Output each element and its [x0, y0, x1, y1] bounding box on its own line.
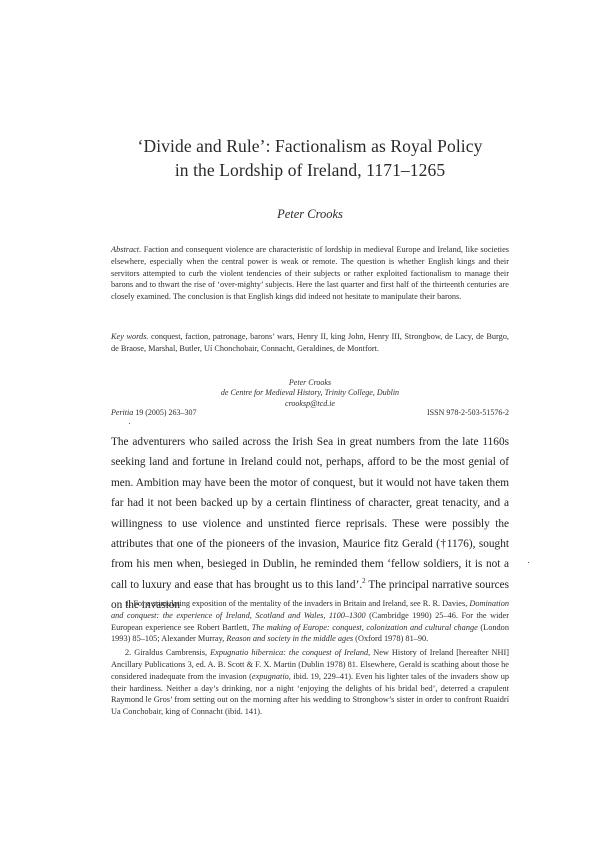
footnotes: 1. For a stimulating exposition of the m…	[111, 598, 509, 720]
abstract-text: Faction and consequent violence are char…	[111, 245, 509, 301]
author-affiliation: Peter Crooks de Centre for Medieval Hist…	[100, 378, 520, 409]
journal-citation: Peritia 19 (2005) 263–307	[111, 408, 197, 417]
journal-volume-pages: 19 (2005) 263–307	[133, 408, 196, 417]
keywords-label: Key words.	[111, 332, 149, 341]
author-name: Peter Crooks	[100, 207, 520, 222]
body-paragraph: The adventurers who sailed across the Ir…	[111, 432, 509, 616]
affiliation-name: Peter Crooks	[100, 378, 520, 388]
footnote-1: 1. For a stimulating exposition of the m…	[111, 598, 509, 645]
document-page: ‘Divide and Rule’: Factionalism as Royal…	[0, 0, 595, 842]
citation-line: Peritia 19 (2005) 263–307 ISSN 978-2-503…	[111, 408, 509, 417]
affiliation-institution: de Centre for Medieval History, Trinity …	[100, 388, 520, 398]
scan-speck	[528, 562, 529, 563]
issn: ISSN 978-2-503-51576-2	[427, 408, 509, 417]
footnote-text: For a stimulating exposition of the ment…	[131, 599, 469, 608]
title-line-2: in the Lordship of Ireland, 1171–1265	[100, 158, 520, 182]
footnote-book-title: Expugnatio hibernica: the conquest of Ir…	[210, 648, 368, 657]
footnote-book-title: Reason and society in the middle ages	[226, 634, 353, 643]
scan-speck	[129, 423, 130, 424]
keywords: Key words. conquest, faction, patronage,…	[111, 331, 509, 355]
keywords-text: conquest, faction, patronage, barons’ wa…	[111, 332, 509, 353]
abstract: Abstract. Faction and consequent violenc…	[111, 244, 509, 303]
footnote-2: 2. Giraldus Cambrensis, Expugnatio hiber…	[111, 647, 509, 718]
journal-name: Peritia	[111, 408, 133, 417]
body-text: The adventurers who sailed across the Ir…	[111, 436, 509, 591]
title-line-1: ‘Divide and Rule’: Factionalism as Royal…	[100, 134, 520, 158]
abstract-label: Abstract.	[111, 245, 141, 254]
footnote-text: (Oxford 1978) 81–90.	[353, 634, 428, 643]
footnote-italic-term: expugnatio	[252, 672, 289, 681]
footnote-text: Giraldus Cambrensis,	[131, 648, 210, 657]
article-title: ‘Divide and Rule’: Factionalism as Royal…	[100, 134, 520, 182]
footnote-book-title: The making of Europe: conquest, coloniza…	[252, 623, 478, 632]
